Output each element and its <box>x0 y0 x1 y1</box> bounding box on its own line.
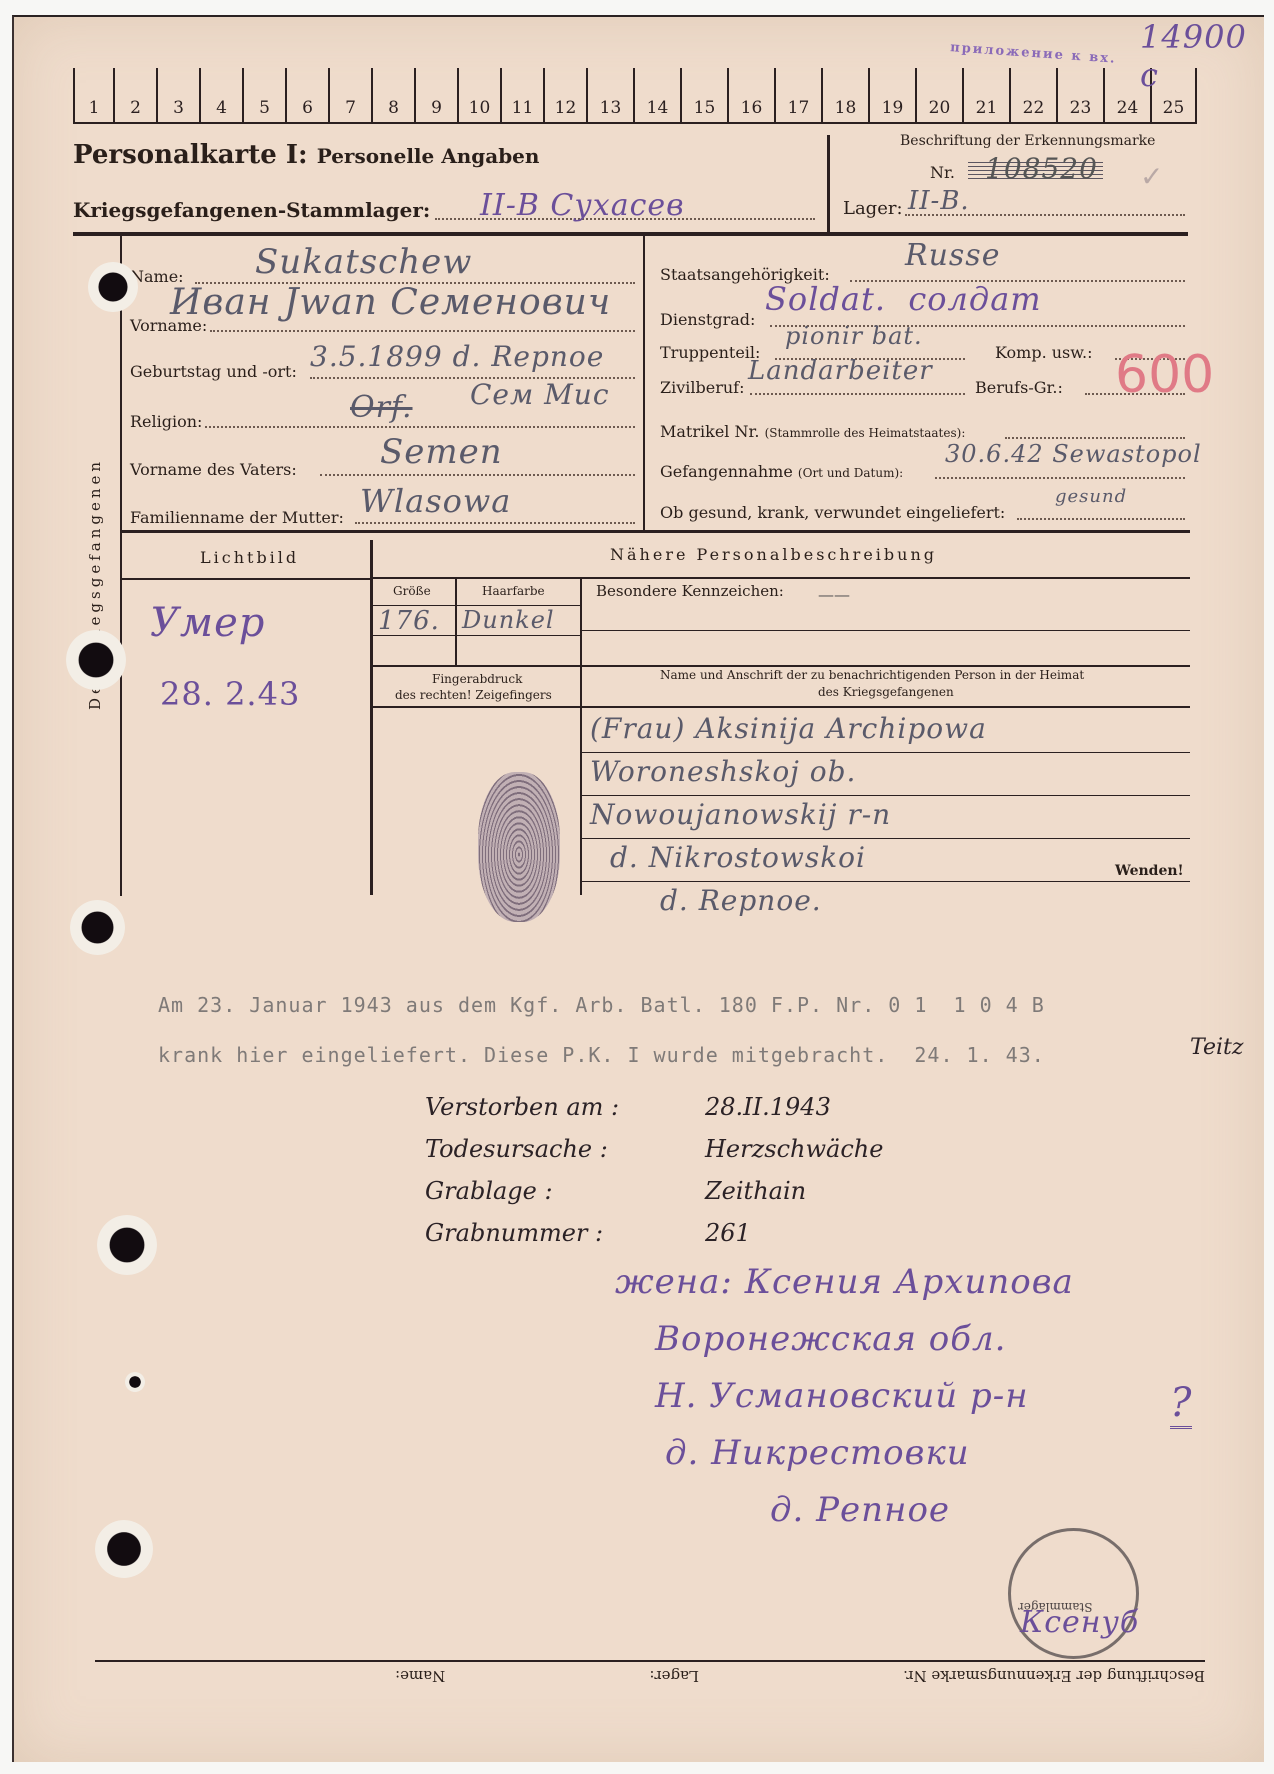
gesund-dots <box>1017 518 1185 520</box>
card-number-cell: 18 <box>821 68 868 122</box>
mutter-label: Familienname der Mutter: <box>130 508 344 527</box>
title-sub: Personelle Angaben <box>317 144 540 168</box>
gesund-value[interactable]: gesund <box>1055 486 1127 507</box>
matrikel-label-text: Matrikel Nr. <box>660 422 759 441</box>
contact-line[interactable]: d. Repnoe. <box>660 884 822 917</box>
vater-label: Vorname des Vaters: <box>130 460 297 479</box>
card-number-cell: 8 <box>371 68 414 122</box>
haarfarbe-label: Haarfarbe <box>482 584 545 598</box>
vater-value[interactable]: Semen <box>380 432 503 472</box>
contact-label-1: Name und Anschrift der zu benachrichtige… <box>660 668 1084 682</box>
contact-rule <box>582 881 1190 882</box>
description-header: Nähere Personalbeschreibung <box>610 545 937 564</box>
bottom-name-label: Name: <box>395 1667 445 1685</box>
card-number-cell: 5 <box>242 68 285 122</box>
bottom-mirrored-fields: Beschriftung der Erkennungsmarke Nr. Lag… <box>95 1664 1205 1688</box>
death-record-value: 28.II.1943 <box>705 1093 831 1121</box>
card-number-cell: 9 <box>414 68 457 122</box>
personal-mid-divider <box>643 236 645 532</box>
contact-rule <box>582 795 1190 796</box>
contact-line[interactable]: (Frau) Aksinija Archipowa <box>590 712 987 745</box>
card-number-cell: 22 <box>1009 68 1056 122</box>
hair-kennzeichen-divider <box>580 577 582 895</box>
typed-line-1: Am 23. Januar 1943 aus dem Kgf. Arb. Bat… <box>158 993 1045 1017</box>
punch-hole <box>125 1372 145 1392</box>
matrikel-label-small: (Stammrolle des Heimatstaates): <box>765 426 966 440</box>
contact-line[interactable]: Nowoujanowskij r-n <box>590 798 891 831</box>
kennzeichen-label: Besondere Kennzeichen: <box>596 582 784 600</box>
card-number-cell: 14 <box>633 68 680 122</box>
personal-bottom-rule <box>120 530 1190 533</box>
zivilberuf-value[interactable]: Landarbeiter <box>748 356 933 386</box>
finger-label-rule <box>373 706 1190 708</box>
bottom-tag-label: Beschriftung der Erkennungsmarke Nr. <box>903 1667 1205 1685</box>
groesse-value[interactable]: 176. <box>378 606 440 636</box>
punch-hole <box>95 1520 153 1578</box>
religion-value[interactable]: Orf. <box>350 390 413 425</box>
bottom-lager-label: Lager: <box>649 1667 699 1685</box>
photo-label: Lichtbild <box>200 548 299 567</box>
gefangennahme-label-small: (Ort und Datum): <box>798 466 903 480</box>
mutter-value[interactable]: Wlasowa <box>360 482 511 520</box>
punch-hole <box>66 630 126 690</box>
lager-label: Lager: <box>843 198 903 219</box>
russian-address-line: Воронежская обл. <box>655 1319 1006 1359</box>
photo-date: 28. 2.43 <box>160 675 300 713</box>
religion-label: Religion: <box>130 412 202 431</box>
handwritten-top-number: 14900 c <box>1140 18 1274 94</box>
finger-label-2: des rechten! Zeigefingers <box>395 688 552 702</box>
geburt-label: Geburtstag und -ort: <box>130 362 297 381</box>
gefangennahme-label-text: Gefangennahme <box>660 462 793 481</box>
lager-value[interactable]: II-B. <box>908 186 970 216</box>
russian-address-line: жена: Ксения Архипова <box>615 1262 1074 1302</box>
card-number-cell: 11 <box>500 68 543 122</box>
punch-hole <box>97 1215 157 1275</box>
staat-value[interactable]: Russe <box>905 238 1000 273</box>
mutter-dots <box>355 522 635 524</box>
title-main: Personalkarte I: <box>73 140 308 170</box>
geburt-value-2[interactable]: Сем Мис <box>470 378 610 411</box>
groesse-label: Größe <box>393 584 431 598</box>
gesund-label: Ob gesund, krank, verwundet eingeliefert… <box>660 503 1005 522</box>
gefangennahme-label: Gefangennahme (Ort und Datum): <box>660 462 903 481</box>
card-number-cell: 3 <box>156 68 199 122</box>
card-number-cell: 21 <box>962 68 1009 122</box>
card-number-cell: 23 <box>1056 68 1103 122</box>
fingerprint <box>478 772 560 922</box>
question-mark: ? <box>1170 1380 1192 1429</box>
card-number-cell: 10 <box>457 68 500 122</box>
contact-line[interactable]: Woroneshskoj ob. <box>590 755 856 788</box>
dienstgrad-value[interactable]: Soldat. солдат <box>765 280 1042 318</box>
contact-rule <box>582 838 1190 839</box>
geburt-value[interactable]: 3.5.1899 d. Repnoe <box>310 340 604 373</box>
signature: Ксенуб <box>1020 1605 1139 1640</box>
size-hair-divider <box>455 577 457 665</box>
stammlager-value[interactable]: II-B Сухасев <box>480 188 685 223</box>
name-value[interactable]: Sukatschew <box>255 242 472 282</box>
card-number-cell: 13 <box>586 68 633 122</box>
card-number-cell: 12 <box>543 68 586 122</box>
finger-top-rule <box>373 665 1190 667</box>
death-record-value: Herzschwäche <box>705 1135 883 1163</box>
personalkarte-page <box>12 15 1264 1762</box>
berufs-label: Berufs-Gr.: <box>975 378 1063 397</box>
contact-label-2: des Kriegsgefangenen <box>818 685 954 699</box>
typed-line-2: krank hier eingeliefert. Diese P.K. I wu… <box>158 1043 1045 1067</box>
russian-address-line: д. Никрестовки <box>665 1433 970 1473</box>
photo-note: Умер <box>150 600 265 646</box>
zivilberuf-label: Zivilberuf: <box>660 378 744 397</box>
matrikel-dots <box>1005 437 1185 439</box>
death-record-label: Grablage : <box>425 1177 553 1205</box>
kennzeichen-rule <box>582 630 1190 631</box>
card-number-cell: 17 <box>774 68 821 122</box>
card-number-cell: 1 <box>73 68 113 122</box>
description-header-rule <box>373 577 1190 579</box>
russian-address-line: Н. Усмановский р-н <box>655 1376 1029 1416</box>
berufs-red-value: 600 <box>1115 345 1214 405</box>
card-number-cell: 19 <box>868 68 915 122</box>
religion-dots <box>205 426 635 428</box>
photo-header-rule <box>122 578 370 580</box>
death-record-label: Verstorben am : <box>425 1093 619 1121</box>
death-record-label: Grabnummer : <box>425 1219 603 1247</box>
death-record-label: Todesursache : <box>425 1135 608 1163</box>
card-number-cell: 16 <box>727 68 774 122</box>
card-number-cell: 7 <box>328 68 371 122</box>
zivilberuf-dots <box>750 393 965 395</box>
contact-line[interactable]: d. Nikrostowskoi <box>610 841 866 874</box>
finger-label-1: Fingerabdruck <box>432 672 522 686</box>
card-number-cell: 15 <box>680 68 727 122</box>
header-divider <box>827 135 830 235</box>
vorname-dots <box>210 330 635 332</box>
checkmark-icon: ✓ <box>1140 160 1163 193</box>
truppenteil-value[interactable]: pionir bat. <box>785 322 923 350</box>
card-number-cell: 2 <box>113 68 156 122</box>
tag-nr-label: Nr. <box>930 163 955 182</box>
header-rule <box>73 232 1188 236</box>
size-value-rule <box>373 635 580 636</box>
contact-rule <box>582 752 1190 753</box>
typed-initials: Teitz <box>1190 1035 1243 1060</box>
russian-address-line: д. Репное <box>770 1490 950 1530</box>
card-title: Personalkarte I: Personelle Angaben <box>73 140 539 170</box>
punch-hole <box>70 900 125 955</box>
punch-hole <box>88 262 138 312</box>
card-number-cell: 4 <box>199 68 242 122</box>
death-record-value: 261 <box>705 1219 751 1247</box>
dienstgrad-label: Dienstgrad: <box>660 310 755 329</box>
kennzeichen-value[interactable]: —— <box>818 585 850 604</box>
gefangennahme-dots <box>935 477 1185 479</box>
truppenteil-label: Truppenteil: <box>660 343 760 362</box>
stammlager-label: Kriegsgefangenen-Stammlager: <box>73 198 430 222</box>
wenden-label: Wenden! <box>1115 863 1184 879</box>
haarfarbe-value[interactable]: Dunkel <box>462 606 555 634</box>
vorname-value[interactable]: Иван Jwan Семенович <box>170 282 611 323</box>
death-record-value: Zeithain <box>705 1177 806 1205</box>
bottom-rule <box>95 1660 1205 1662</box>
vater-dots <box>320 474 635 476</box>
tag-nr-value[interactable]: 108520 <box>985 152 1098 185</box>
matrikel-label: Matrikel Nr. (Stammrolle des Heimatstaat… <box>660 422 965 441</box>
card-number-cell: 6 <box>285 68 328 122</box>
card-number-row: 1234567891011121314151617181920212223242… <box>73 68 1197 124</box>
tag-label: Beschriftung der Erkennungsmarke <box>900 133 1155 149</box>
card-number-cell: 20 <box>915 68 962 122</box>
komp-label: Komp. usw.: <box>995 343 1093 362</box>
left-border <box>120 236 122 896</box>
gefangennahme-value[interactable]: 30.6.42 Sewastopol <box>945 440 1202 468</box>
photo-right-border <box>370 540 373 895</box>
